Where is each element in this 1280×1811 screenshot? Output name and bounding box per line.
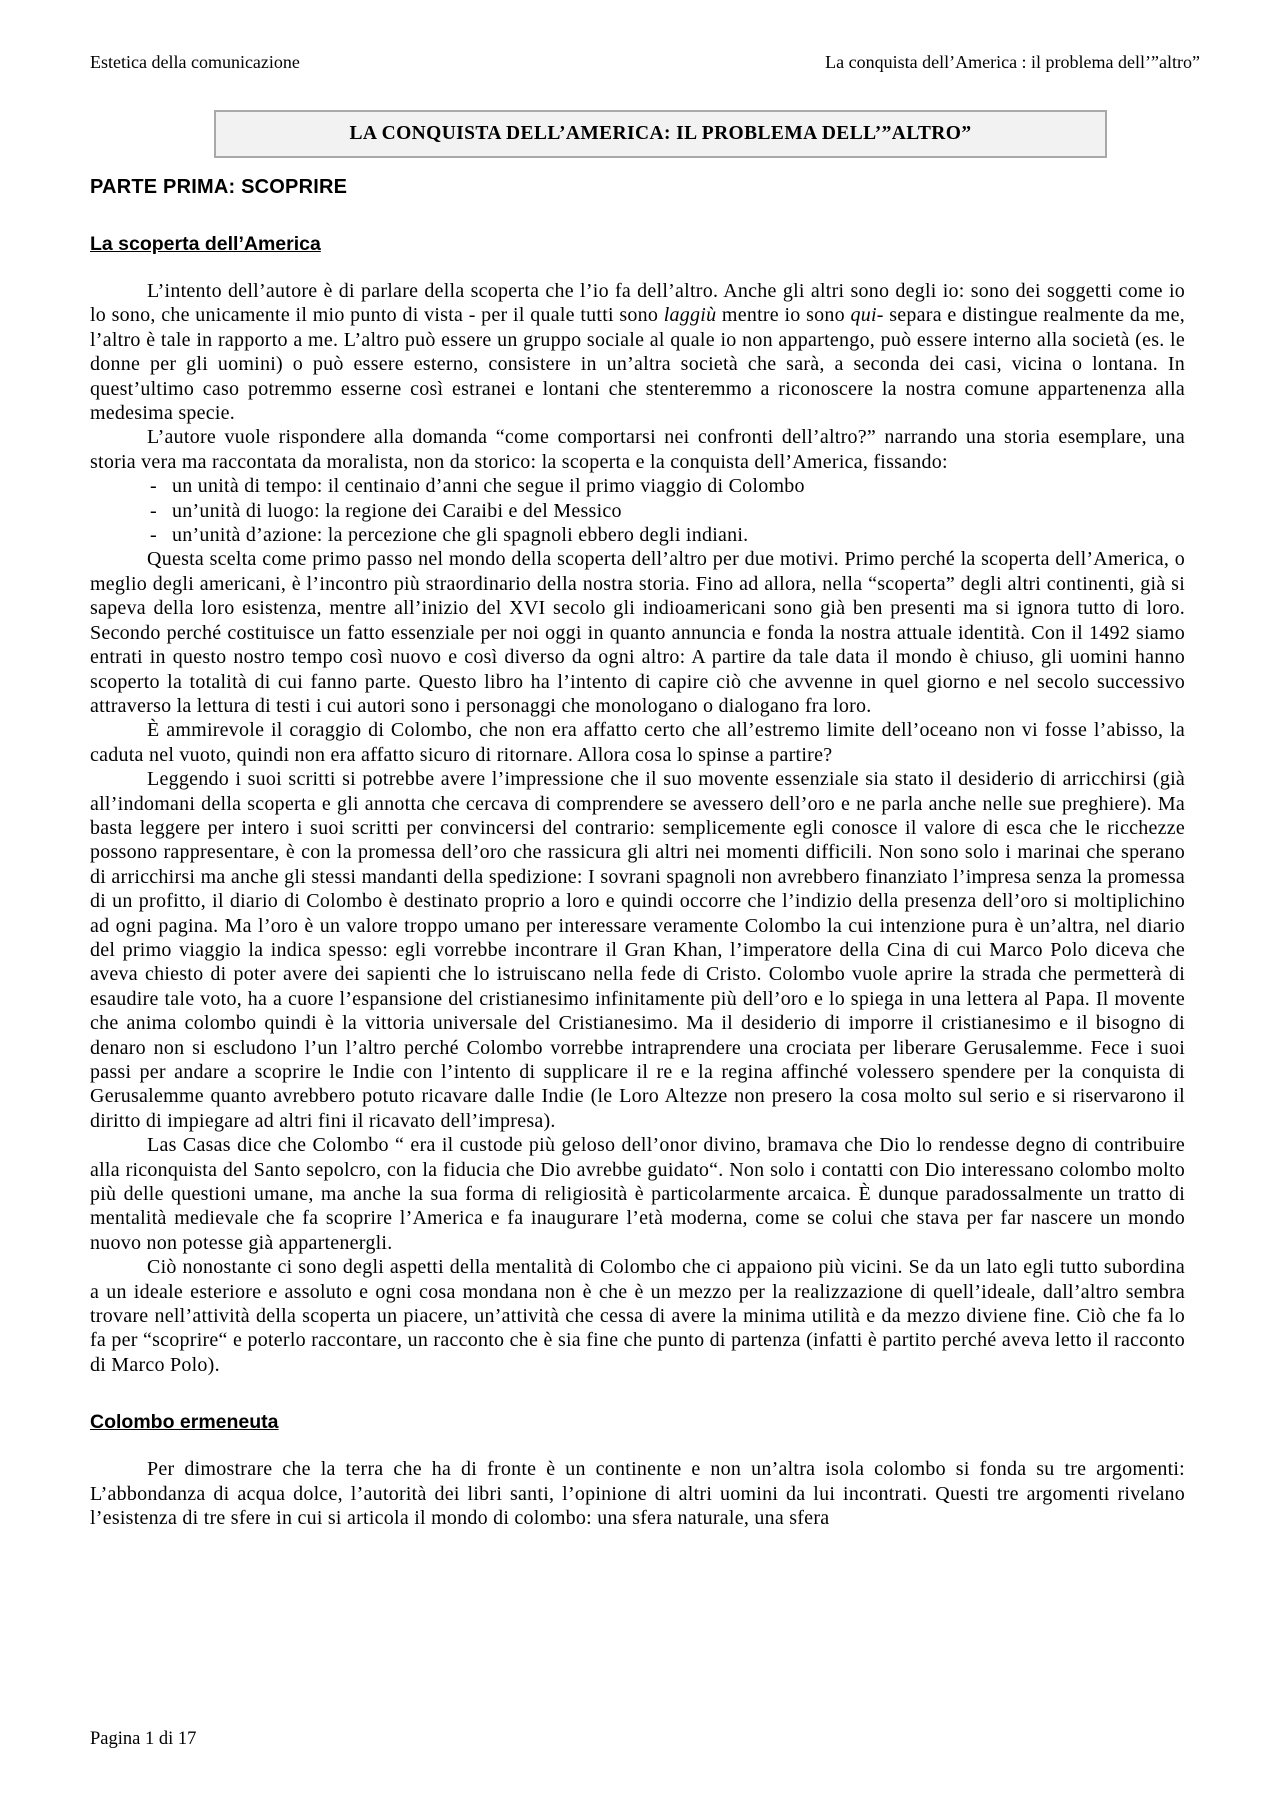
document-page: Estetica della comunicazione La conquist…	[0, 0, 1280, 1811]
italic-term-qui: qui	[850, 304, 876, 326]
paragraph: È ammirevole il coraggio di Colombo, che…	[90, 718, 1185, 767]
list-dash: -	[150, 523, 172, 547]
list-item-text: un unità di tempo: il centinaio d’anni c…	[172, 475, 805, 497]
section-heading-scoperta: La scoperta dell’America	[90, 233, 1185, 256]
page-number: Pagina 1 di 17	[90, 1729, 196, 1750]
paragraph: Ciò nonostante ci sono degli aspetti del…	[90, 1255, 1185, 1377]
document-title-box: LA CONQUISTA DELL’AMERICA: IL PROBLEMA D…	[214, 110, 1107, 158]
running-header: Estetica della comunicazione La conquist…	[0, 0, 1280, 73]
list-item: -un unità di tempo: il centinaio d’anni …	[90, 474, 1185, 498]
section-ermeneuta-body: Per dimostrare che la terra che ha di fr…	[90, 1457, 1185, 1530]
list-item-text: un’unità d’azione: la percezione che gli…	[172, 524, 748, 546]
paragraph: Per dimostrare che la terra che ha di fr…	[90, 1457, 1185, 1530]
header-course-title: Estetica della comunicazione	[90, 52, 300, 73]
section-scoperta-body: L’intento dell’autore è di parlare della…	[90, 279, 1185, 1377]
document-title: LA CONQUISTA DELL’AMERICA: IL PROBLEMA D…	[350, 123, 972, 145]
paragraph: Questa scelta come primo passo nel mondo…	[90, 547, 1185, 718]
list-dash: -	[150, 499, 172, 523]
paragraph: Leggendo i suoi scritti si potrebbe aver…	[90, 767, 1185, 1133]
list-item: -un’unità d’azione: la percezione che gl…	[90, 523, 1185, 547]
list-dash: -	[150, 474, 172, 498]
italic-term-laggiu: laggiù	[664, 304, 717, 326]
header-document-title: La conquista dell’America : il problema …	[825, 52, 1200, 73]
paragraph: L’intento dell’autore è di parlare della…	[90, 279, 1185, 425]
paragraph: L’autore vuole rispondere alla domanda “…	[90, 425, 1185, 474]
list-item: -un’unità di luogo: la regione dei Carai…	[90, 499, 1185, 523]
section-heading-ermeneuta: Colombo ermeneuta	[90, 1411, 1185, 1434]
list-item-text: un’unità di luogo: la regione dei Caraib…	[172, 500, 622, 522]
part-heading: PARTE PRIMA: SCOPRIRE	[90, 176, 1185, 199]
paragraph: Las Casas dice che Colombo “ era il cust…	[90, 1133, 1185, 1255]
paragraph-text: mentre io sono	[716, 304, 850, 326]
